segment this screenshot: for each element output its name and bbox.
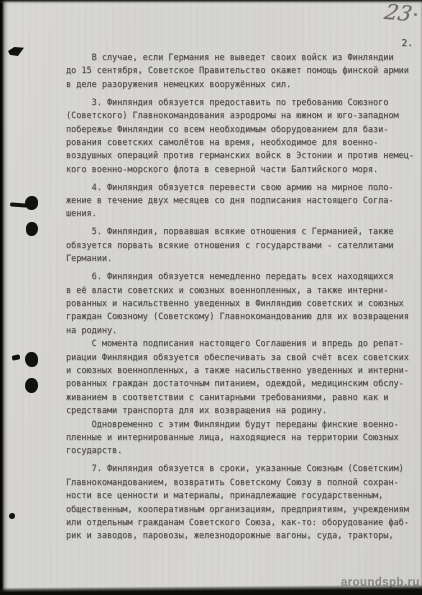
text-line: 4. Финляндия обязуется перевести свою ар…: [66, 182, 418, 195]
text-line: 7. Финляндия обязуется в сроки, указанны…: [66, 463, 418, 476]
paragraph-4: 4. Финляндия обязуется перевести свою ар…: [66, 182, 418, 222]
text-line: риации Финляндия обязуется обеспечивать …: [66, 352, 418, 365]
text-line: кого военно-морского флота в северной ча…: [66, 164, 418, 177]
text-line: или отдельным гражданам Советского Союза…: [66, 517, 418, 530]
ink-dot-small: [9, 513, 15, 519]
scanned-document-page: 23 2. В случае, если Германия не выведет…: [0, 0, 422, 595]
text-line: средствами транспорта для их возвращения…: [66, 405, 418, 418]
typed-page-number: 2.: [402, 38, 413, 49]
paragraph-5: 5. Финляндия, порвавшая всякие отношения…: [66, 226, 418, 266]
text-line: 3. Финляндия обязуется предоставить по т…: [66, 97, 418, 110]
text-line: ности все ценности и материалы, принадле…: [66, 490, 418, 503]
text-line: С момента подписания настоящего Соглашен…: [66, 338, 418, 351]
paragraph-intro: В случае, если Германия не выведет своих…: [66, 52, 418, 92]
text-line: 6. Финляндия обязуется немедленно переда…: [66, 271, 418, 284]
text-line: обязуется порвать всякие отношения с гос…: [66, 240, 418, 253]
text-line: на родину.: [66, 325, 418, 338]
pencil-dot: [414, 13, 417, 16]
text-line: шения.: [66, 208, 418, 221]
ink-dot-2: [26, 222, 38, 236]
text-line: Одновременно с этим Финляндии будут пере…: [66, 419, 418, 432]
text-line: рик и заводов, паровозы, железнодорожные…: [66, 530, 418, 543]
ink-dot-4: [25, 378, 38, 393]
paragraph-6: 6. Финляндия обязуется немедленно переда…: [66, 271, 418, 459]
text-line: Германии.: [66, 253, 418, 266]
text-line: в её власти советских и союзных военнопл…: [66, 285, 418, 298]
text-line: живанием в соответствии с санитарными тр…: [66, 392, 418, 405]
scan-edge-top: [0, 0, 422, 4]
text-line: жение в течение двух месяцев со дня подп…: [66, 195, 418, 208]
paragraph-7: 7. Финляндия обязуется в сроки, указанны…: [66, 463, 418, 543]
text-line: рованных и насильственно уведенных в Фин…: [66, 298, 418, 311]
ink-dot-3: [25, 352, 38, 367]
scan-edge-left: [0, 0, 8, 595]
text-line: рованных граждан достаточным питанием, о…: [66, 378, 418, 391]
text-line: общественным, кооперативным организациям…: [66, 504, 418, 517]
text-line: воздушных операций против германских вой…: [66, 150, 418, 163]
text-line: граждан Союзному (Советскому) Главнокома…: [66, 311, 418, 324]
text-line: пленные и интернированные лица, находящи…: [66, 432, 418, 445]
ink-swoosh-mark: [8, 47, 24, 56]
text-line: Главнокомандованием, возвратить Советско…: [66, 477, 418, 490]
text-line: (Советского) Главнокомандования аэродром…: [66, 110, 418, 123]
text-line: рования советских самолётов на время, не…: [66, 137, 418, 150]
text-line: в деле разоружения немецких вооружённых …: [66, 79, 418, 92]
ink-tick-mark: [12, 354, 21, 361]
text-line: побережье Финляндии со всем необходимым …: [66, 124, 418, 137]
text-line: и союзных военнопленных, а также насильс…: [66, 365, 418, 378]
scan-edge-bottom: [0, 584, 422, 595]
text-line: 5. Финляндия, порвавшая всякие отношения…: [66, 226, 418, 239]
paragraph-3: 3. Финляндия обязуется предоставить по т…: [66, 97, 418, 177]
text-line: до 15 сентября, Советское Правительство …: [66, 65, 418, 78]
ink-dot-1: [25, 196, 38, 210]
text-line: государств.: [66, 445, 418, 458]
text-line: В случае, если Германия не выведет своих…: [66, 52, 418, 65]
document-body: В случае, если Германия не выведет своих…: [66, 52, 418, 548]
